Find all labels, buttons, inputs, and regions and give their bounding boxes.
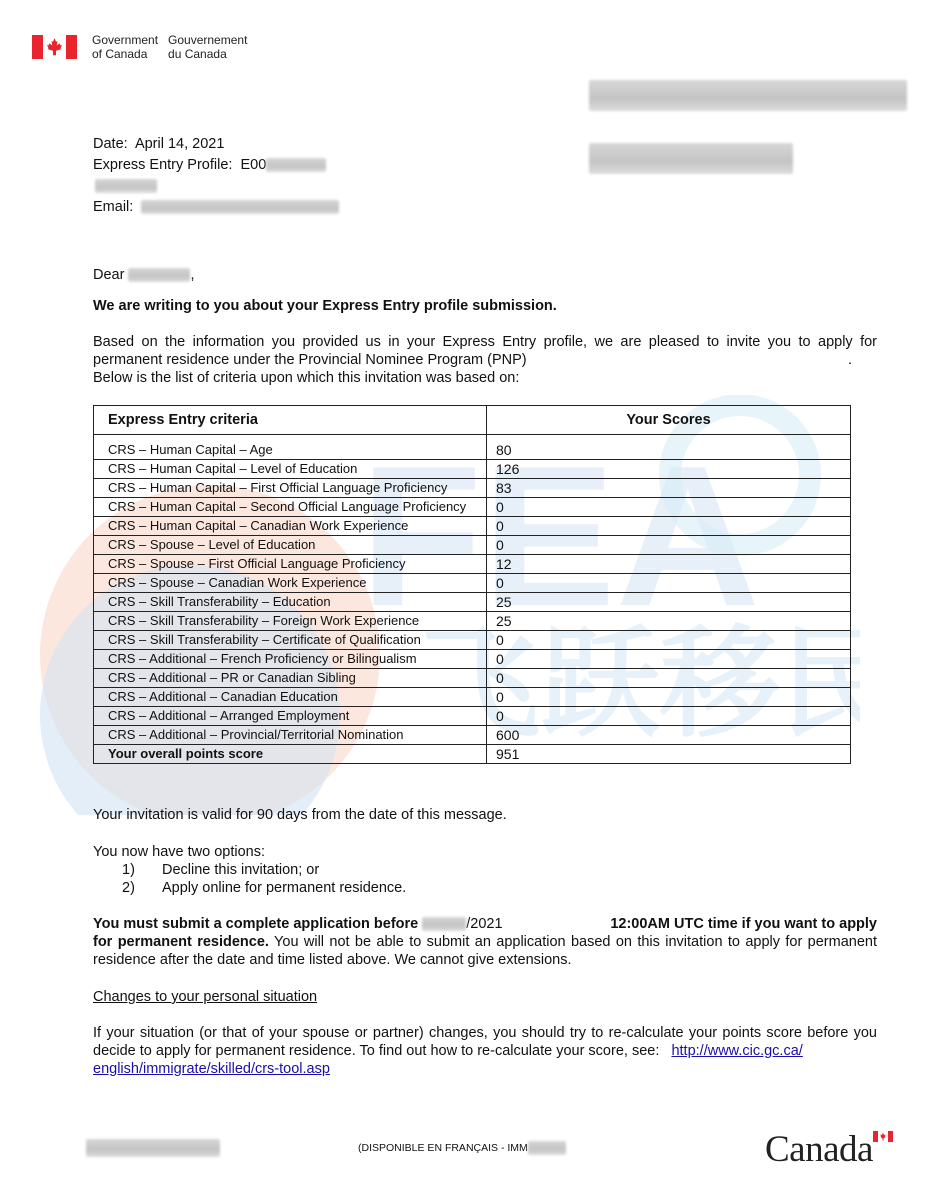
header-scores: Your Scores	[487, 406, 851, 435]
table-row: CRS – Additional – Canadian Education 0	[94, 688, 851, 707]
score-cell: 0	[487, 669, 851, 688]
intro-paragraph: Based on the information you provided us…	[93, 333, 877, 387]
table-row: CRS – Human Capital – Second Official La…	[94, 498, 851, 517]
table-row: CRS – Human Capital – Level of Education…	[94, 460, 851, 479]
redacted-address-line-1	[589, 80, 907, 111]
score-cell: 0	[487, 498, 851, 517]
canada-wordmark-flag-icon	[873, 1131, 893, 1142]
table-row: CRS – Spouse – Canadian Work Experience …	[94, 574, 851, 593]
subject-line: We are writing to you about your Express…	[93, 297, 877, 315]
table-row: CRS – Human Capital – First Official Lan…	[94, 479, 851, 498]
date-line: Date: April 14, 2021	[93, 134, 339, 155]
criterion-cell: CRS – Skill Transferability – Foreign Wo…	[94, 612, 487, 631]
criterion-cell: CRS – Additional – Arranged Employment	[94, 707, 487, 726]
gov-fr-text: Gouvernement du Canada	[168, 33, 247, 61]
criterion-cell: CRS – Additional – Canadian Education	[94, 688, 487, 707]
score-cell: 0	[487, 688, 851, 707]
redacted-address-line-2	[589, 143, 793, 174]
criterion-cell: CRS – Additional – PR or Canadian Siblin…	[94, 669, 487, 688]
score-cell: 126	[487, 460, 851, 479]
criterion-cell: CRS – Human Capital – Second Official La…	[94, 498, 487, 517]
redacted-profile-suffix	[93, 176, 339, 197]
criterion-cell: CRS – Human Capital – Level of Education	[94, 460, 487, 479]
deadline-paragraph: You must submit a complete application b…	[93, 915, 877, 969]
letter-meta: Date: April 14, 2021 Express Entry Profi…	[93, 134, 339, 218]
table-row: CRS – Additional – Arranged Employment 0	[94, 707, 851, 726]
government-of-canada-signature: Government of Canada Gouvernement du Can…	[32, 33, 247, 61]
score-cell: 83	[487, 479, 851, 498]
criterion-cell: CRS – Spouse – Level of Education	[94, 536, 487, 555]
total-label: Your overall points score	[94, 745, 487, 764]
table-row: CRS – Skill Transferability – Foreign Wo…	[94, 612, 851, 631]
score-cell: 80	[487, 435, 851, 460]
gov-en-text: Government of Canada	[92, 33, 158, 61]
score-cell: 0	[487, 517, 851, 536]
table-row: CRS – Skill Transferability – Education …	[94, 593, 851, 612]
table-row: CRS – Spouse – Level of Education 0	[94, 536, 851, 555]
criterion-cell: CRS – Skill Transferability – Certificat…	[94, 631, 487, 650]
score-cell: 600	[487, 726, 851, 745]
canada-wordmark: Canada	[765, 1128, 873, 1171]
score-cell: 12	[487, 555, 851, 574]
option-apply: 2)Apply online for permanent residence.	[122, 879, 406, 897]
email-line: Email:	[93, 197, 339, 218]
changes-heading: Changes to your personal situation	[93, 988, 317, 1006]
criterion-cell: CRS – Human Capital – First Official Lan…	[94, 479, 487, 498]
score-cell: 0	[487, 574, 851, 593]
score-cell: 0	[487, 631, 851, 650]
table-row: CRS – Skill Transferability – Certificat…	[94, 631, 851, 650]
score-cell: 0	[487, 536, 851, 555]
criterion-cell: CRS – Additional – Provincial/Territoria…	[94, 726, 487, 745]
crs-score-table: Express Entry criteria Your Scores CRS –…	[93, 405, 851, 764]
score-cell: 25	[487, 593, 851, 612]
changes-paragraph: If your situation (or that of your spous…	[93, 1024, 877, 1078]
table-row: CRS – Additional – French Proficiency or…	[94, 650, 851, 669]
score-cell: 0	[487, 650, 851, 669]
score-cell: 0	[487, 707, 851, 726]
criterion-cell: CRS – Additional – French Proficiency or…	[94, 650, 487, 669]
redacted-footer-ref	[86, 1139, 220, 1157]
profile-line: Express Entry Profile: E00	[93, 155, 339, 176]
criterion-cell: CRS – Spouse – Canadian Work Experience	[94, 574, 487, 593]
options-intro: You now have two options:	[93, 843, 877, 861]
table-row: CRS – Additional – Provincial/Territoria…	[94, 726, 851, 745]
score-cell: 25	[487, 612, 851, 631]
criterion-cell: CRS – Skill Transferability – Education	[94, 593, 487, 612]
header-criteria: Express Entry criteria	[94, 406, 487, 435]
criterion-cell: CRS – Human Capital – Canadian Work Expe…	[94, 517, 487, 536]
salutation: Dear ,	[93, 266, 877, 284]
table-total-row: Your overall points score 951	[94, 745, 851, 764]
footer-french-availability: (DISPONIBLE EN FRANÇAIS - IMM	[358, 1141, 566, 1155]
option-decline: 1)Decline this invitation; or	[122, 861, 406, 879]
criterion-cell: CRS – Human Capital – Age	[94, 435, 487, 460]
criterion-cell: CRS – Spouse – First Official Language P…	[94, 555, 487, 574]
validity-text: Your invitation is valid for 90 days fro…	[93, 806, 877, 824]
table-row: CRS – Human Capital – Canadian Work Expe…	[94, 517, 851, 536]
canada-flag-icon	[32, 35, 77, 59]
total-score: 951	[487, 745, 851, 764]
options-list: 1)Decline this invitation; or 2)Apply on…	[122, 861, 406, 897]
table-row: CRS – Spouse – First Official Language P…	[94, 555, 851, 574]
table-row: CRS – Additional – PR or Canadian Siblin…	[94, 669, 851, 688]
table-row: CRS – Human Capital – Age 80	[94, 435, 851, 460]
